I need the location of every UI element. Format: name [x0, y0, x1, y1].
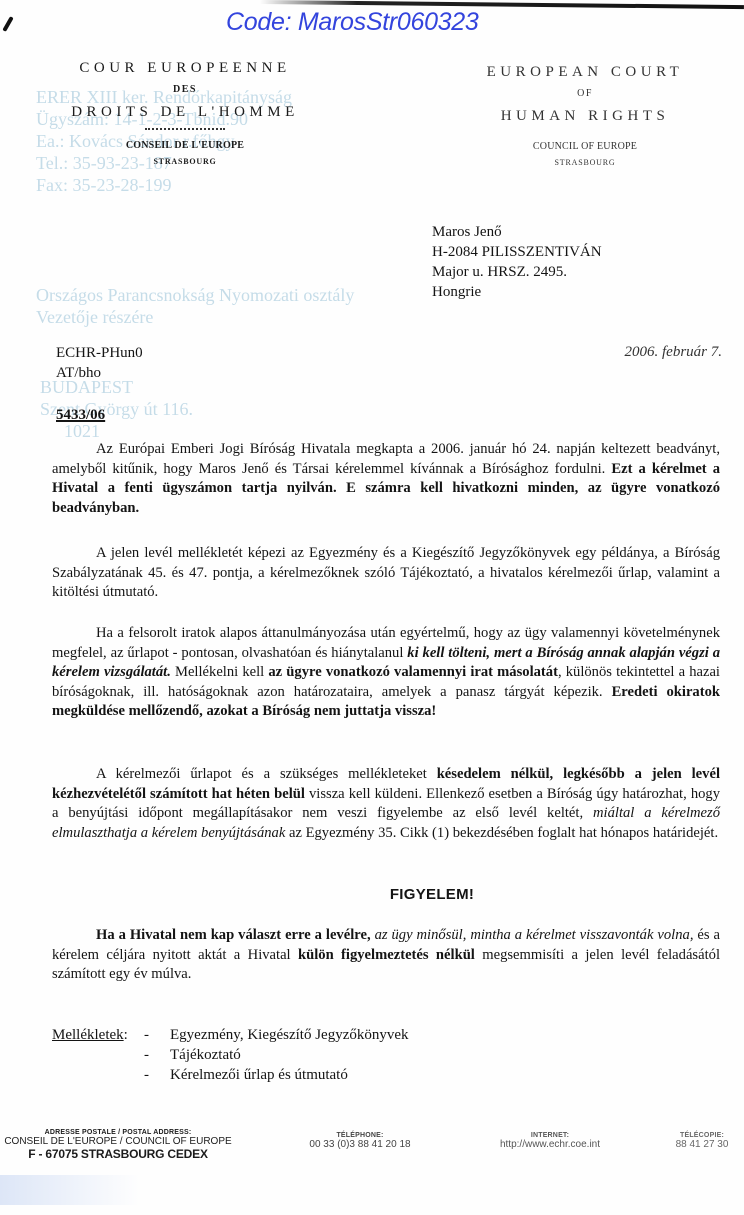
footer-postal-label: ADRESSE POSTALE / POSTAL ADDRESS:: [0, 1129, 236, 1136]
text-run: az Egyezmény 35. Cikk (1) bekezdésében f…: [285, 825, 718, 841]
text-run: Mellékelni kell: [171, 664, 269, 680]
footer-fax: TÉLÉCOPIE: 88 41 27 30: [660, 1132, 744, 1151]
recipient-address-line: Major u. HRSZ. 2495.: [432, 262, 602, 282]
letterhead-french: COUR EUROPEENNE DES DROITS DE L'HOMME CO…: [40, 56, 330, 169]
text-run: A jelen levél mellékletét képezi az Egye…: [52, 544, 720, 603]
attachments-label-text: Mellékletek: [52, 1027, 124, 1043]
footer-tel-label: TÉLÉPHONE:: [305, 1132, 415, 1139]
footer-web-value: http://www.echr.coe.int: [480, 1139, 620, 1151]
attachments-list: Egyezmény, Kiegészítő Jegyzőkönyvek Tájé…: [144, 1025, 409, 1085]
letterhead-divider: [145, 128, 225, 131]
footer-internet: INTERNET: http://www.echr.coe.int: [480, 1132, 620, 1151]
letterhead-english: EUROPEAN COURT OF HUMAN RIGHTS COUNCIL O…: [440, 60, 730, 170]
recipient-address: Maros Jenő H-2084 PILISSZENTIVÁN Major u…: [432, 222, 602, 302]
attachment-item: Kérelmezői űrlap és útmutató: [144, 1065, 409, 1085]
recipient-street-city: H-2084 PILISSZENTIVÁN: [432, 242, 602, 262]
paragraph-3: Ha a felsorolt iratok alapos áttanulmány…: [52, 624, 720, 722]
text-run: A kérelmezői űrlapot és a szükséges mell…: [96, 766, 437, 782]
bleed-through-text-mid: Országos Parancsnokság Nyomozati osztály…: [36, 284, 354, 328]
text-run-bold: Ha a Hivatal nem kap választ erre a levé…: [96, 927, 375, 943]
reference-block: ECHR-PHun0 AT/bho: [56, 343, 143, 383]
letterhead-line: EUROPEAN COURT: [440, 60, 730, 84]
paragraph-5: Ha a Hivatal nem kap választ erre a levé…: [52, 926, 720, 985]
reference-initials: AT/bho: [56, 363, 143, 383]
letterhead-line: DES: [40, 80, 330, 100]
letterhead-city: STRASBOURG: [40, 155, 330, 169]
letterhead-council: COUNCIL OF EUROPE: [440, 138, 730, 156]
text-run-bold: az ügyre vonatkozó valamennyi irat másol…: [268, 664, 558, 680]
text-run-italic: az ügy minősül, mintha a kérelmet vissza…: [375, 927, 694, 943]
footer-telephone: TÉLÉPHONE: 00 33 (0)3 88 41 20 18: [305, 1132, 415, 1151]
paragraph-2: A jelen levél mellékletét képezi az Egye…: [52, 544, 720, 603]
letterhead-city: STRASBOURG: [440, 156, 730, 170]
letterhead-council: CONSEIL DE L'EUROPE: [40, 137, 330, 155]
letter-date: 2006. február 7.: [625, 344, 723, 361]
attachment-item: Egyezmény, Kiegészítő Jegyzőkönyvek: [144, 1025, 409, 1045]
footer-web-label: INTERNET:: [480, 1132, 620, 1139]
paragraph-1: Az Európai Emberi Jogi Bíróság Hivatala …: [52, 440, 720, 518]
letterhead-line: COUR EUROPEENNE: [40, 56, 330, 80]
pen-mark: [2, 16, 13, 32]
footer-fax-value: 88 41 27 30: [660, 1139, 744, 1151]
document-code-stamp: Code: MarosStr060323: [226, 8, 478, 37]
ghost-line: Fax: 35-23-28-199: [36, 174, 292, 196]
letterhead-line: DROITS DE L'HOMME: [40, 100, 330, 124]
attachments-block: Mellékletek: Egyezmény, Kiegészítő Jegyz…: [52, 1025, 144, 1045]
text-run-bold: külön figyelmeztetés nélkül: [298, 947, 475, 963]
ghost-line: Vezetője részére: [36, 306, 354, 328]
attachment-item: Tájékoztató: [144, 1045, 409, 1065]
recipient-country: Hongrie: [432, 282, 602, 302]
case-number: 5433/06: [56, 407, 105, 424]
recipient-name: Maros Jenő: [432, 222, 602, 242]
footer-fax-label: TÉLÉCOPIE:: [660, 1132, 744, 1139]
footer-tel-value: 00 33 (0)3 88 41 20 18: [305, 1139, 415, 1151]
reference-code: ECHR-PHun0: [56, 343, 143, 363]
letterhead-line: OF: [440, 84, 730, 104]
warning-title: FIGYELEM!: [52, 886, 744, 903]
ghost-line: Országos Parancsnokság Nyomozati osztály: [36, 284, 354, 306]
footer-postal-line: F - 67075 STRASBOURG CEDEX: [0, 1148, 236, 1160]
footer-postal-address: ADRESSE POSTALE / POSTAL ADDRESS: CONSEI…: [0, 1129, 236, 1160]
paragraph-4: A kérelmezői űrlapot és a szükséges mell…: [52, 765, 720, 843]
attachments-label: Mellékletek:: [52, 1025, 144, 1045]
scan-smudge: [0, 1175, 140, 1205]
letterhead-line: HUMAN RIGHTS: [440, 104, 730, 128]
